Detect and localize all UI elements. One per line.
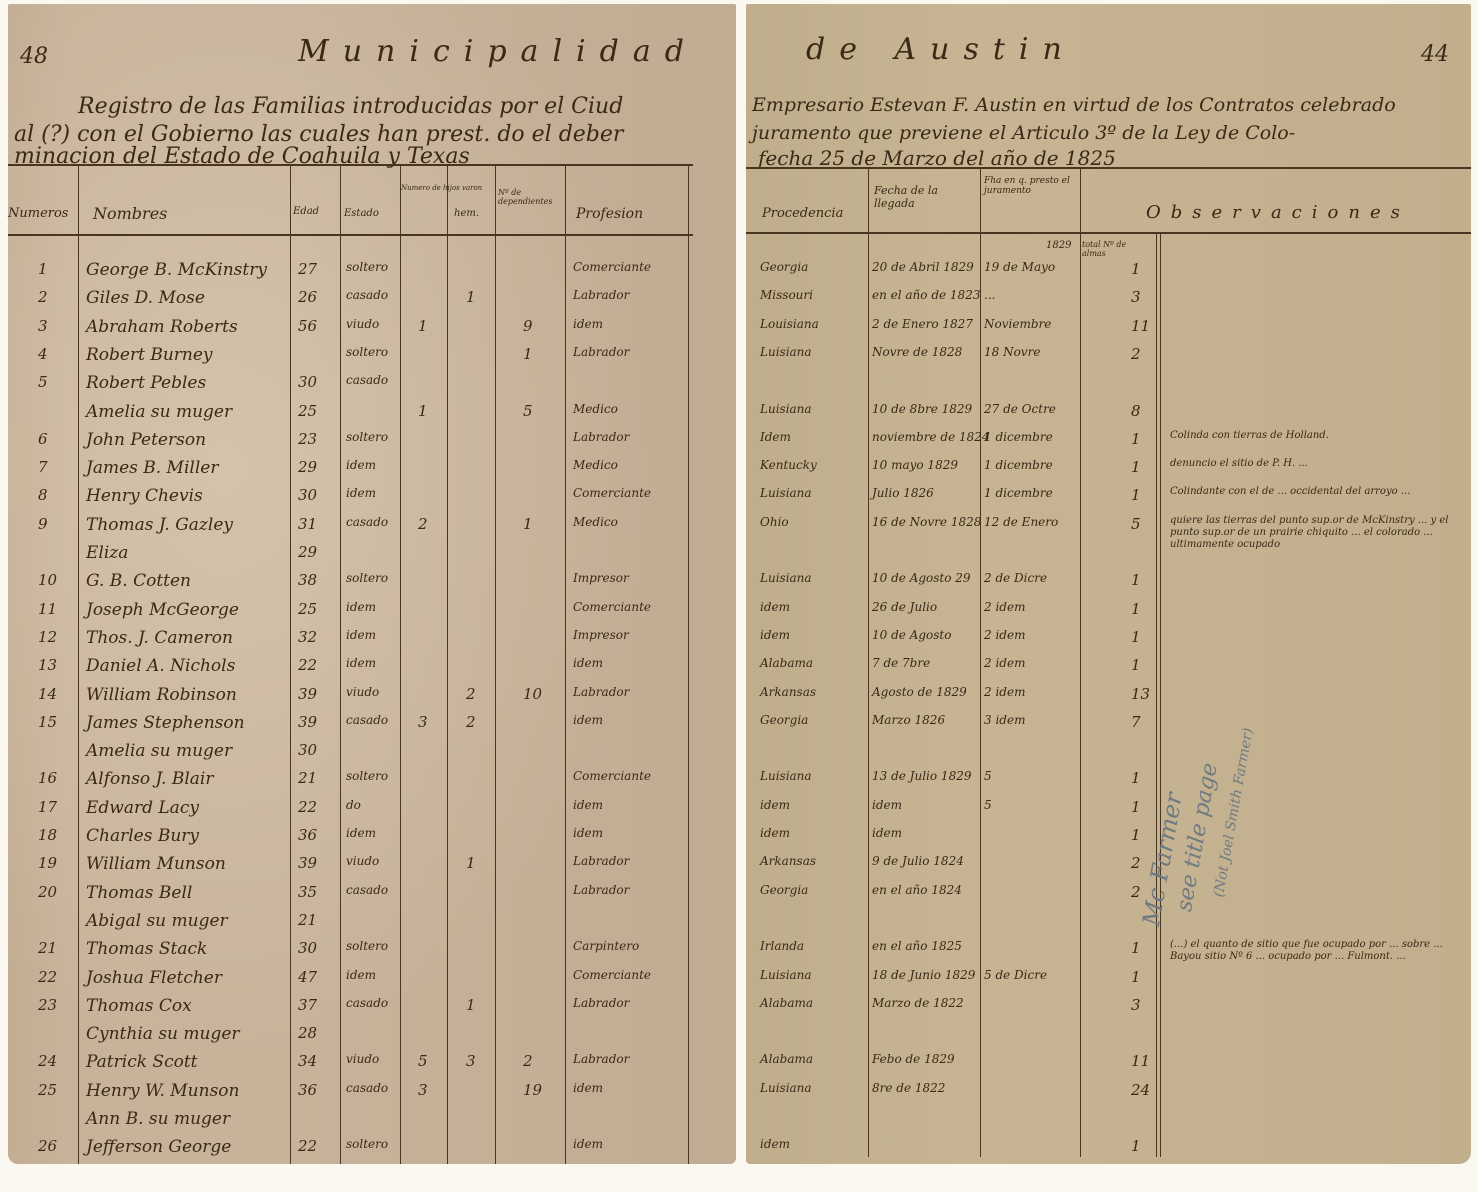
row-age: 22 [298,656,317,674]
row-number: 1 [38,260,48,278]
observation-note: Colinda con tierras de Holland. [1170,430,1460,442]
row-profesion: Labrador [573,685,629,699]
row-fecha-llegada: noviembre de 1824 [872,430,990,444]
row-procedencia: Ohio [760,515,789,529]
row-fecha-llegada: idem [872,826,902,840]
col-divider [290,164,291,1164]
row-fecha-llegada: Marzo de 1822 [872,996,964,1010]
row-number: 16 [38,769,57,787]
row-profesion: idem [573,713,603,727]
row-hijos-hem: 3 [466,1052,476,1070]
row-estado: casado [346,713,388,727]
row-name: Amelia su muger [86,402,232,422]
row-hijos-varon: 3 [418,713,428,731]
col-header-llegada: Fecha de la llegada [874,184,974,210]
row-total-almas: 1 [1131,486,1141,504]
row-profesion: Medico [573,402,618,416]
row-dependientes: 1 [523,345,533,363]
row-estado: idem [346,826,376,840]
row-age: 30 [298,939,317,957]
row-estado: soltero [346,345,388,359]
col-header-nombres: Nombres [93,204,167,223]
row-number: 7 [38,458,48,476]
row-estado: soltero [346,430,388,444]
row-number: 10 [38,571,57,589]
row-name: William Munson [86,854,226,874]
row-estado: soltero [346,260,388,274]
row-name: Thomas Bell [86,883,192,903]
row-estado: viudo [346,854,379,868]
row-fecha-llegada: 18 de Junio 1829 [872,968,975,982]
row-total-almas: 1 [1131,968,1141,986]
row-hijos-hem: 1 [466,996,476,1014]
row-fecha-juramento: 1 dicembre [984,486,1053,500]
row-age: 26 [298,288,317,306]
row-procedencia: Kentucky [760,458,817,472]
row-fecha-llegada: Novre de 1828 [872,345,962,359]
col-divider [340,164,341,1164]
row-name: Daniel A. Nichols [86,656,235,676]
row-fecha-llegada: Marzo 1826 [872,713,945,727]
observation-note: Colindante con el de ... occidental del … [1170,486,1460,498]
row-total-almas: 1 [1131,826,1141,844]
row-name: Robert Burney [86,345,213,365]
row-name: Jefferson George [86,1137,231,1157]
row-total-almas: 2 [1131,345,1141,363]
row-number: 5 [38,373,48,391]
row-fecha-juramento: Noviembre [984,317,1051,331]
row-age: 39 [298,854,317,872]
row-name: James Stephenson [86,713,245,733]
row-fecha-llegada: Febo de 1829 [872,1052,955,1066]
row-fecha-llegada: 10 de Agosto 29 [872,571,971,585]
row-total-almas: 5 [1131,515,1141,533]
col-header-juramento: Fha en q. presto el juramento [984,176,1078,196]
row-total-almas: 1 [1131,769,1141,787]
row-number: 17 [38,798,57,816]
col-divider [1156,232,1157,1157]
folio-number-right: 44 [1421,42,1449,67]
header-bottom-rule-right [746,232,1471,234]
row-profesion: Labrador [573,1052,629,1066]
row-estado: idem [346,458,376,472]
row-procedencia: Missouri [760,288,813,302]
row-total-almas: 1 [1131,600,1141,618]
row-number: 23 [38,996,57,1014]
row-age: 30 [298,741,317,759]
row-procedencia: idem [760,628,790,642]
row-age: 47 [298,968,317,986]
row-total-almas: 1 [1131,260,1141,278]
page-title-left: Municipalidad [298,34,698,69]
row-profesion: Labrador [573,883,629,897]
col-header-profesion: Profesion [576,206,643,222]
row-name: George B. McKinstry [86,260,267,280]
row-name: Thos. J. Cameron [86,628,233,648]
row-estado: casado [346,515,388,529]
observation-note: (...) el quanto de sitio que fue ocupado… [1170,939,1460,963]
header-top-rule-right [746,167,1471,169]
row-fecha-juramento: 2 idem [984,656,1025,670]
row-total-almas: 1 [1131,939,1141,957]
row-name: Joshua Fletcher [86,968,222,988]
col-divider [400,164,401,1164]
row-total-almas: 1 [1131,430,1141,448]
row-dependientes: 1 [523,515,533,533]
row-profesion: Labrador [573,288,629,302]
row-age: 21 [298,911,317,929]
row-profesion: Labrador [573,854,629,868]
row-age: 34 [298,1052,317,1070]
row-name: G. B. Cotten [86,571,191,591]
row-total-almas: 24 [1131,1081,1150,1099]
row-fecha-llegada: 10 de 8bre 1829 [872,402,972,416]
row-total-almas: 1 [1131,628,1141,646]
row-procedencia: Luisiana [760,486,812,500]
row-number: 15 [38,713,57,731]
row-name: Henry Chevis [86,486,203,506]
row-procedencia: Georgia [760,713,808,727]
row-number: 11 [38,600,57,618]
row-profesion: idem [573,826,603,840]
row-dependientes: 9 [523,317,533,335]
row-hijos-varon: 3 [418,1081,428,1099]
row-hijos-varon: 1 [418,317,428,335]
row-hijos-hem: 2 [466,685,476,703]
row-profesion: Impresor [573,571,629,585]
col-divider [980,167,981,1157]
col-divider [447,164,448,1164]
row-hijos-hem: 1 [466,288,476,306]
row-procedencia: Alabama [760,656,813,670]
row-age: 25 [298,402,317,420]
col-divider [495,164,496,1164]
row-profesion: Comerciante [573,486,651,500]
row-profesion: Impresor [573,628,629,642]
row-number: 8 [38,486,48,504]
row-estado: casado [346,288,388,302]
row-number: 21 [38,939,57,957]
row-procedencia: Alabama [760,1052,813,1066]
row-fecha-llegada: 13 de Julio 1829 [872,769,971,783]
row-name: Edward Lacy [86,798,199,818]
row-procedencia: Idem [760,430,791,444]
col-divider [565,164,566,1164]
row-estado: viudo [346,1052,379,1066]
row-name: Patrick Scott [86,1052,198,1072]
row-fecha-juramento: 2 idem [984,600,1025,614]
row-profesion: Comerciante [573,769,651,783]
row-name: Thomas J. Gazley [86,515,233,535]
row-total-almas: 1 [1131,798,1141,816]
row-procedencia: Arkansas [760,685,816,699]
row-fecha-llegada: Agosto de 1829 [872,685,967,699]
row-procedencia: Luisiana [760,769,812,783]
row-fecha-llegada: 20 de Abril 1829 [872,260,974,274]
row-total-almas: 8 [1131,402,1141,420]
row-age: 29 [298,543,317,561]
row-fecha-llegada: 2 de Enero 1827 [872,317,973,331]
row-procedencia: Alabama [760,996,813,1010]
col-header-hem: hem. [454,208,479,219]
row-profesion: idem [573,1081,603,1095]
row-procedencia: idem [760,826,790,840]
row-age: 38 [298,571,317,589]
year-annotation: 1829 [1046,240,1071,251]
row-profesion: Comerciante [573,600,651,614]
row-number: 24 [38,1052,57,1070]
row-fecha-juramento: ... [984,288,995,302]
row-name: William Robinson [86,685,237,705]
row-estado: idem [346,968,376,982]
row-fecha-llegada: 7 de 7bre [872,656,930,670]
row-estado: casado [346,373,388,387]
row-name: James B. Miller [86,458,218,478]
row-procedencia: Georgia [760,260,808,274]
col-header-edad: Edad [293,206,319,217]
row-fecha-llegada: 26 de Julio [872,600,937,614]
row-age: 23 [298,430,317,448]
row-fecha-juramento: 2 idem [984,685,1025,699]
row-name: John Peterson [86,430,206,450]
row-profesion: Comerciante [573,260,651,274]
row-name: Abraham Roberts [86,317,238,337]
row-fecha-juramento: 27 de Octre [984,402,1056,416]
row-fecha-juramento: 2 de Dicre [984,571,1047,585]
row-number: 22 [38,968,57,986]
col-divider [868,167,869,1157]
row-estado: casado [346,996,388,1010]
header-bottom-rule [8,234,693,236]
row-total-almas: 1 [1131,656,1141,674]
col-header-procedencia: Procedencia [762,206,843,221]
col-header-hijos: Numero de hijos varon [401,184,482,192]
row-procedencia: Luisiana [760,968,812,982]
row-fecha-llegada: en el año 1825 [872,939,962,953]
row-name: Eliza [86,543,128,563]
row-number: 6 [38,430,48,448]
row-name: Joseph McGeorge [86,600,239,620]
row-estado: idem [346,656,376,670]
row-profesion: Carpintero [573,939,639,953]
row-total-almas: 1 [1131,458,1141,476]
row-fecha-llegada: en el año de 1823 [872,288,980,302]
pencil-note-not-joel: (Not Joel Smith Farmer) [1211,727,1257,899]
row-hijos-varon: 5 [418,1052,428,1070]
col-header-estado: Estado [344,208,379,219]
row-fecha-juramento: 18 Novre [984,345,1040,359]
row-estado: soltero [346,769,388,783]
row-hijos-hem: 2 [466,713,476,731]
row-estado: viudo [346,685,379,699]
row-age: 22 [298,1137,317,1155]
row-procedencia: idem [760,798,790,812]
row-procedencia: Luisiana [760,345,812,359]
row-age: 35 [298,883,317,901]
row-fecha-llegada: idem [872,798,902,812]
row-age: 32 [298,628,317,646]
row-number: 2 [38,288,48,306]
row-profesion: Labrador [573,345,629,359]
row-estado: idem [346,600,376,614]
row-fecha-juramento: 5 [984,769,992,783]
row-age: 27 [298,260,317,278]
row-profesion: idem [573,317,603,331]
page-title-right: de Austin [806,32,1076,67]
row-age: 39 [298,685,317,703]
row-age: 31 [298,515,317,533]
row-total-almas: 2 [1131,883,1141,901]
row-number: 20 [38,883,57,901]
row-profesion: Labrador [573,996,629,1010]
row-name: Amelia su muger [86,741,232,761]
row-total-almas: 3 [1131,996,1141,1014]
row-dependientes: 2 [523,1052,533,1070]
row-estado: viudo [346,317,379,331]
row-estado: idem [346,486,376,500]
row-fecha-juramento: 5 [984,798,992,812]
row-name: Ann B. su muger [86,1109,230,1129]
heading-line-1-right: Empresario Estevan F. Austin en virtud d… [752,94,1396,116]
row-fecha-llegada: en el año 1824 [872,883,962,897]
row-number: 4 [38,345,48,363]
row-dependientes: 10 [523,685,542,703]
row-total-almas: 11 [1131,317,1150,335]
row-number: 19 [38,854,57,872]
row-profesion: Labrador [573,430,629,444]
row-fecha-juramento: 5 de Dicre [984,968,1047,982]
row-age: 28 [298,1024,317,1042]
row-profesion: idem [573,798,603,812]
row-profesion: idem [573,656,603,670]
row-dependientes: 19 [523,1081,542,1099]
row-procedencia: Irlanda [760,939,804,953]
row-age: 37 [298,996,317,1014]
row-hijos-varon: 2 [418,515,428,533]
col-header-dependientes: Nº de dependientes [498,188,563,206]
row-estado: soltero [346,1137,388,1151]
row-dependientes: 5 [523,402,533,420]
row-profesion: Comerciante [573,968,651,982]
heading-line-1: Registro de las Familias introducidas po… [78,94,623,119]
row-age: 56 [298,317,317,335]
row-fecha-juramento: 1 dicembre [984,430,1053,444]
row-total-almas: 1 [1131,1137,1141,1155]
heading-line-2-right: juramento que previene el Articulo 3º de… [752,122,1295,144]
row-name: Alfonso J. Blair [86,769,213,789]
col-divider [1080,167,1081,1157]
col-divider [78,164,79,1164]
row-estado: casado [346,1081,388,1095]
row-name: Thomas Cox [86,996,192,1016]
row-total-almas: 1 [1131,571,1141,589]
left-ledger-page: 48 Municipalidad Registro de las Familia… [8,4,736,1164]
row-profesion: Medico [573,458,618,472]
row-procedencia: idem [760,1137,790,1151]
row-hijos-hem: 1 [466,854,476,872]
row-estado: soltero [346,939,388,953]
row-estado: do [346,798,361,812]
row-age: 39 [298,713,317,731]
folio-number-left: 48 [20,44,48,69]
col-header-numeros: Numeros [8,206,68,221]
row-number: 3 [38,317,48,335]
row-age: 22 [298,798,317,816]
row-estado: idem [346,628,376,642]
row-age: 30 [298,373,317,391]
header-top-rule [8,164,693,166]
row-name: Abigal su muger [86,911,228,931]
row-total-almas: 13 [1131,685,1150,703]
row-fecha-juramento: 2 idem [984,628,1025,642]
row-age: 36 [298,1081,317,1099]
col-header-observaciones: Observaciones [1146,202,1410,223]
row-age: 30 [298,486,317,504]
row-procedencia: idem [760,600,790,614]
row-procedencia: Arkansas [760,854,816,868]
row-total-almas: 11 [1131,1052,1150,1070]
row-fecha-llegada: 9 de Julio 1824 [872,854,964,868]
row-fecha-juramento: 3 idem [984,713,1025,727]
row-procedencia: Luisiana [760,402,812,416]
row-fecha-juramento: 1 dicembre [984,458,1053,472]
row-name: Henry W. Munson [86,1081,240,1101]
row-total-almas: 2 [1131,854,1141,872]
row-procedencia: Georgia [760,883,808,897]
row-age: 29 [298,458,317,476]
row-estado: soltero [346,571,388,585]
row-fecha-llegada: 10 mayo 1829 [872,458,958,472]
row-fecha-llegada: Julio 1826 [872,486,934,500]
row-total-almas: 3 [1131,288,1141,306]
row-hijos-varon: 1 [418,402,428,420]
row-estado: casado [346,883,388,897]
row-fecha-llegada: 10 de Agosto [872,628,951,642]
row-number: 13 [38,656,57,674]
row-profesion: Medico [573,515,618,529]
row-age: 21 [298,769,317,787]
row-age: 36 [298,826,317,844]
row-number: 9 [38,515,48,533]
row-name: Thomas Stack [86,939,207,959]
row-fecha-juramento: 19 de Mayo [984,260,1055,274]
row-total-almas: 7 [1131,713,1141,731]
row-number: 18 [38,826,57,844]
row-number: 26 [38,1137,57,1155]
row-age: 25 [298,600,317,618]
row-name: Charles Bury [86,826,199,846]
row-number: 14 [38,685,57,703]
col-divider [1160,232,1161,1157]
col-divider [688,164,689,1164]
row-procedencia: Luisiana [760,1081,812,1095]
row-profesion: idem [573,1137,603,1151]
row-name: Cynthia su muger [86,1024,240,1044]
observation-note: denuncio el sitio de P. H. ... [1170,458,1460,470]
right-ledger-page: de Austin 44 Empresario Estevan F. Austi… [746,4,1471,1164]
col-subheader-total-almas: total Nº de almas [1082,240,1152,258]
row-fecha-juramento: 12 de Enero [984,515,1058,529]
row-procedencia: Louisiana [760,317,819,331]
row-number: 12 [38,628,57,646]
observation-note: quiere las tierras del punto sup.or de M… [1170,515,1460,551]
row-name: Robert Pebles [86,373,206,393]
row-fecha-llegada: 8re de 1822 [872,1081,945,1095]
row-number: 25 [38,1081,57,1099]
row-procedencia: Luisiana [760,571,812,585]
row-name: Giles D. Mose [86,288,205,308]
row-fecha-llegada: 16 de Novre 1828 [872,515,981,529]
